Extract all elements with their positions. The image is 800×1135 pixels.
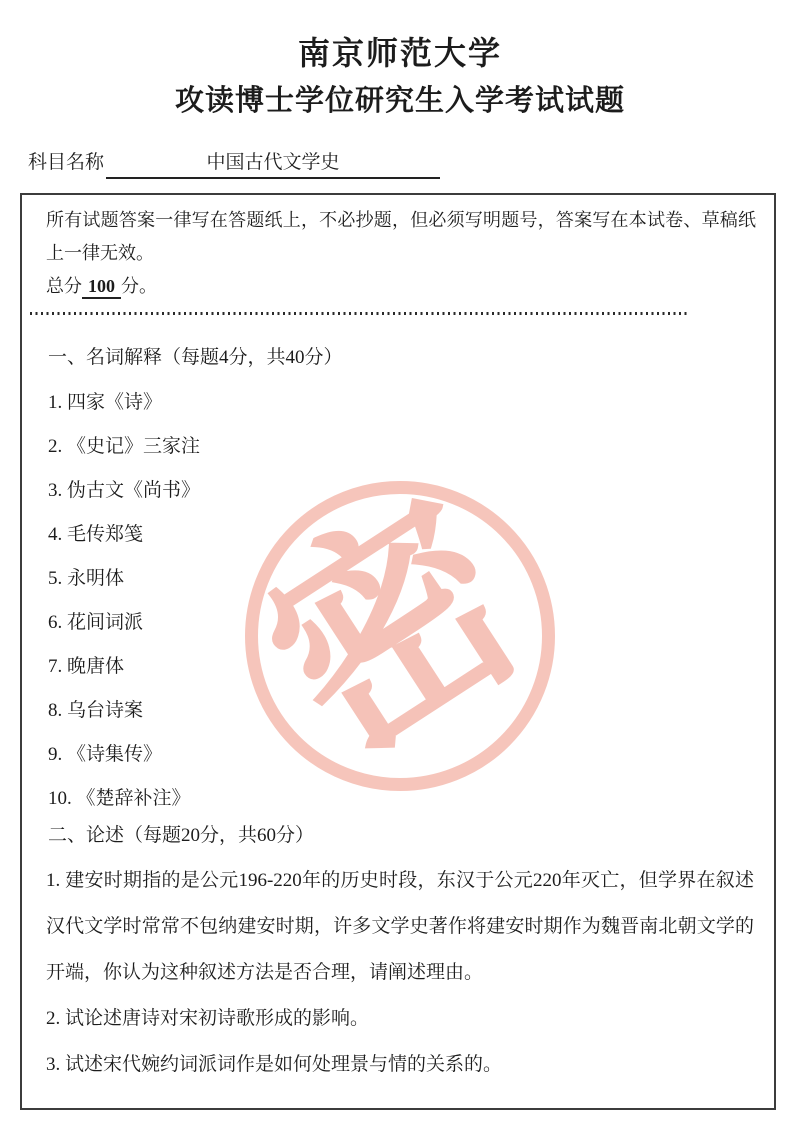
term-list: 1. 四家《诗》 2. 《史记》三家注 3. 伪古文《尚书》 4. 毛传郑笺 5…	[48, 378, 774, 818]
exam-paper-page: 南京师范大学 攻读博士学位研究生入学考试试题 科目名称中国古代文学史 密 所有试…	[0, 0, 800, 1135]
exam-content-box: 所有试题答案一律写在答题纸上，不必抄题，但必须写明题号，答案写在本试卷、草稿纸上…	[20, 193, 776, 1110]
subject-row: 科目名称中国古代文学史	[28, 147, 440, 179]
term-item: 3. 伪古文《尚书》	[48, 466, 774, 510]
term-item: 2. 《史记》三家注	[48, 422, 774, 466]
subject-value: 中国古代文学史	[106, 147, 440, 179]
essay-question: 1. 建安时期指的是公元196-220年的历史时段，东汉于公元220年灭亡，但学…	[46, 858, 754, 996]
term-item: 5. 永明体	[48, 554, 774, 598]
total-score-prefix: 总分	[46, 276, 82, 296]
total-score-line: 总分100分。	[46, 270, 774, 303]
term-item: 4. 毛传郑笺	[48, 510, 774, 554]
term-item: 9. 《诗集传》	[48, 730, 774, 774]
term-item: 7. 晚唐体	[48, 642, 774, 686]
university-title: 南京师范大学	[0, 28, 800, 74]
total-score-value: 100	[82, 276, 121, 299]
section-1-heading: 一、名词解释（每题4分，共40分）	[48, 342, 774, 369]
term-item: 1. 四家《诗》	[48, 378, 774, 422]
term-item: 8. 乌台诗案	[48, 686, 774, 730]
exam-instructions: 所有试题答案一律写在答题纸上，不必抄题，但必须写明题号，答案写在本试卷、草稿纸上…	[46, 204, 756, 270]
term-item: 6. 花间词派	[48, 598, 774, 642]
essay-question: 2. 试论述唐诗对宋初诗歌形成的影响。	[46, 996, 754, 1042]
exam-title: 攻读博士学位研究生入学考试试题	[0, 78, 800, 119]
essay-question: 3. 试述宋代婉约词派词作是如何处理景与情的关系的。	[46, 1042, 754, 1088]
subject-label: 科目名称	[28, 147, 104, 174]
section-2-heading: 二、论述（每题20分，共60分）	[48, 820, 774, 847]
term-item: 10. 《楚辞补注》	[48, 774, 774, 818]
essay-list: 1. 建安时期指的是公元196-220年的历史时段，东汉于公元220年灭亡，但学…	[46, 858, 754, 1088]
dotted-divider	[30, 311, 688, 315]
total-score-suffix: 分。	[121, 276, 157, 296]
